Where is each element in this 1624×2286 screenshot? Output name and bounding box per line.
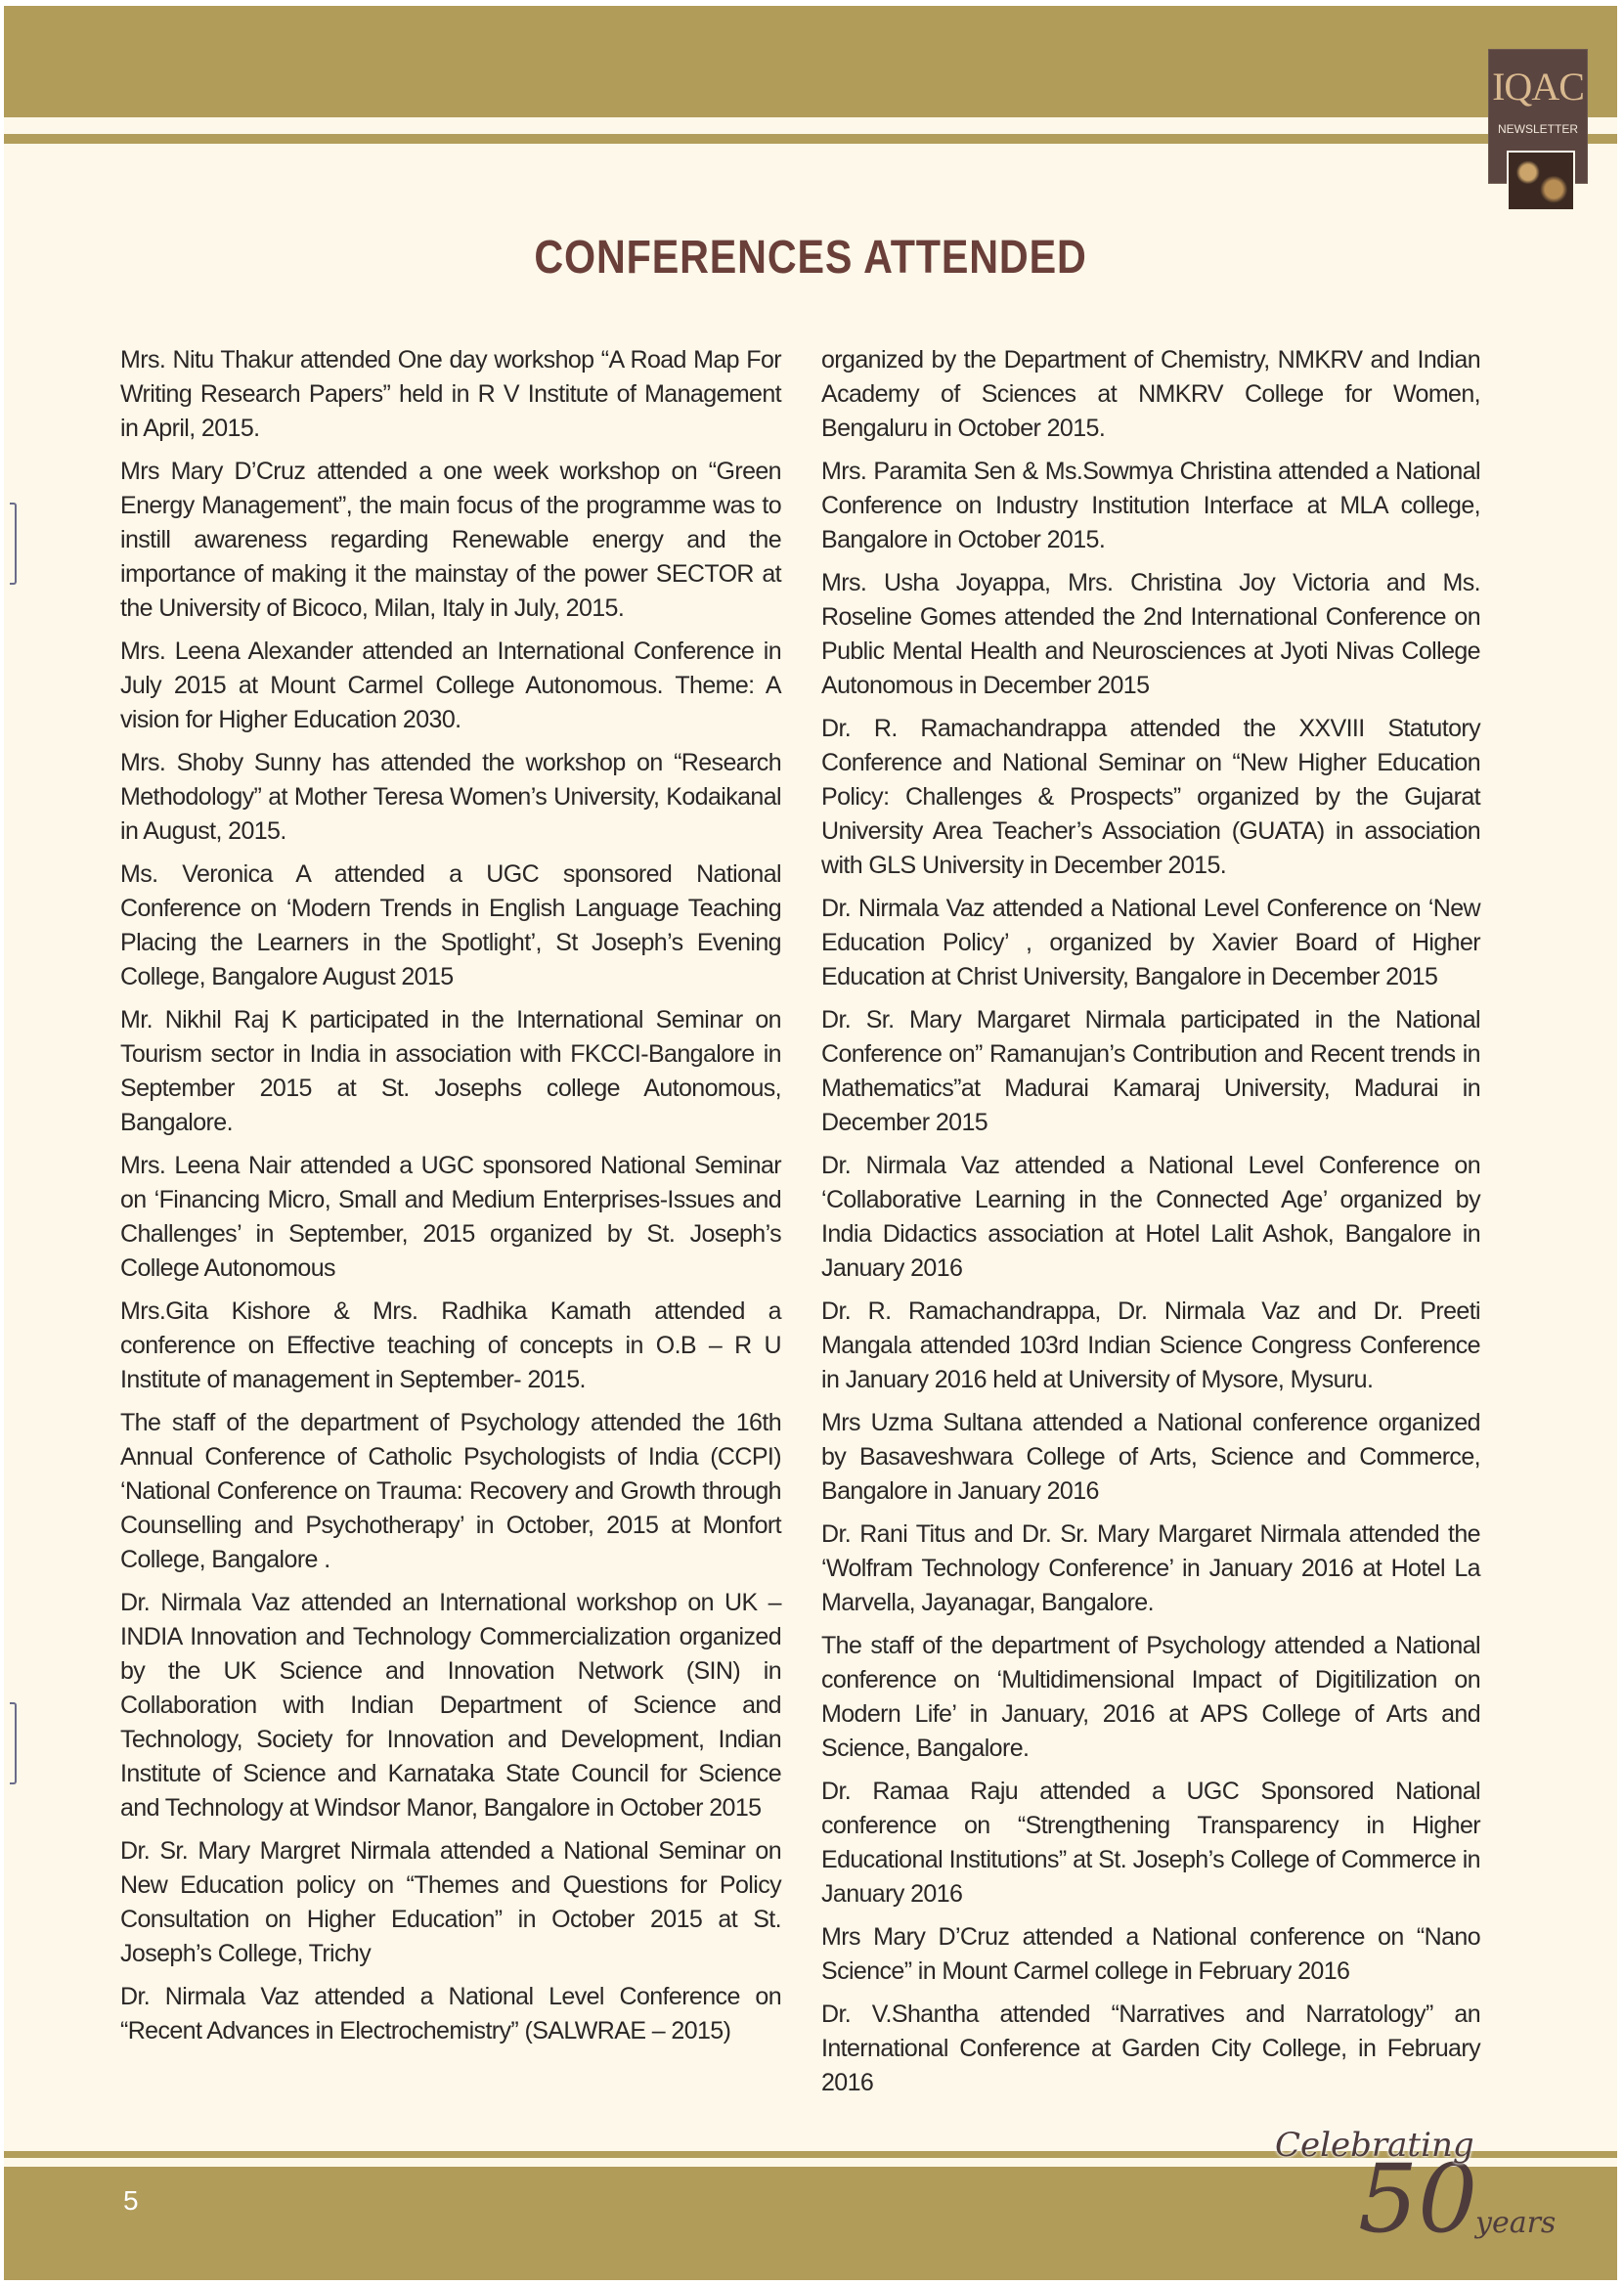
hands-photo-icon <box>1507 151 1575 211</box>
entry-paragraph: Dr. Nirmala Vaz attended a National Leve… <box>821 892 1480 994</box>
entry-paragraph: The staff of the department of Psycholog… <box>120 1406 781 1577</box>
badge-title: IQAC <box>1489 67 1587 107</box>
header-gold-stripe <box>4 134 1617 144</box>
entry-paragraph: Dr. Nirmala Vaz attended a National Leve… <box>821 1149 1480 1286</box>
binder-mark-icon <box>10 1702 17 1784</box>
header-gold-band <box>4 6 1617 117</box>
page-number: 5 <box>123 2185 139 2217</box>
entry-paragraph: Dr. V.Shantha attended “Narratives and N… <box>821 1998 1480 2100</box>
entry-paragraph: organized by the Department of Chemistry… <box>821 343 1480 446</box>
entry-paragraph: Ms. Veronica A attended a UGC sponsored … <box>120 857 781 994</box>
page-title: CONFERENCES ATTENDED <box>117 231 1505 285</box>
entry-paragraph: Dr. Nirmala Vaz attended a National Leve… <box>120 1980 781 2048</box>
entry-paragraph: Mrs. Leena Nair attended a UGC sponsored… <box>120 1149 781 1286</box>
newsletter-page: IQAC NEWSLETTER CONFERENCES ATTENDED Mrs… <box>4 6 1617 2280</box>
entry-paragraph: Mrs Mary D’Cruz attended a National conf… <box>821 1920 1480 1989</box>
entry-paragraph: Mrs. Shoby Sunny has attended the worksh… <box>120 746 781 849</box>
entry-paragraph: Mrs Mary D’Cruz attended a one week work… <box>120 455 781 626</box>
iqac-newsletter-badge: IQAC NEWSLETTER <box>1489 50 1587 183</box>
badge-subtitle: NEWSLETTER <box>1489 122 1587 136</box>
binder-mark-icon <box>10 503 17 585</box>
entry-paragraph: Mrs. Leena Alexander attended an Interna… <box>120 635 781 737</box>
celebrating-50-logo-number: 50 <box>1358 2152 1477 2246</box>
celebrating-50-logo-text: Celebrating <box>1275 2126 1474 2165</box>
left-column: Mrs. Nitu Thakur attended One day worksh… <box>120 343 781 2057</box>
entry-paragraph: Dr. R. Ramachandrappa, Dr. Nirmala Vaz a… <box>821 1295 1480 1397</box>
entry-paragraph: Dr. Ramaa Raju attended a UGC Sponsored … <box>821 1775 1480 1912</box>
entry-paragraph: The staff of the department of Psycholog… <box>821 1629 1480 1766</box>
entry-paragraph: Mrs. Nitu Thakur attended One day worksh… <box>120 343 781 446</box>
entry-paragraph: Dr. Sr. Mary Margaret Nirmala participat… <box>821 1003 1480 1140</box>
celebrating-50-logo-years: years <box>1475 2206 1556 2240</box>
entry-paragraph: Dr. Nirmala Vaz attended an Internationa… <box>120 1586 781 1825</box>
entry-paragraph: Mrs Uzma Sultana attended a National con… <box>821 1406 1480 1509</box>
entry-paragraph: Dr. Sr. Mary Margret Nirmala attended a … <box>120 1834 781 1971</box>
entry-paragraph: Dr. R. Ramachandrappa attended the XXVII… <box>821 712 1480 883</box>
entry-paragraph: Mrs. Paramita Sen & Ms.Sowmya Christina … <box>821 455 1480 557</box>
entry-paragraph: Mr. Nikhil Raj K participated in the Int… <box>120 1003 781 1140</box>
entry-paragraph: Dr. Rani Titus and Dr. Sr. Mary Margaret… <box>821 1517 1480 1620</box>
entry-paragraph: Mrs.Gita Kishore & Mrs. Radhika Kamath a… <box>120 1295 781 1397</box>
right-column: organized by the Department of Chemistry… <box>821 343 1480 2109</box>
entry-paragraph: Mrs. Usha Joyappa, Mrs. Christina Joy Vi… <box>821 566 1480 703</box>
